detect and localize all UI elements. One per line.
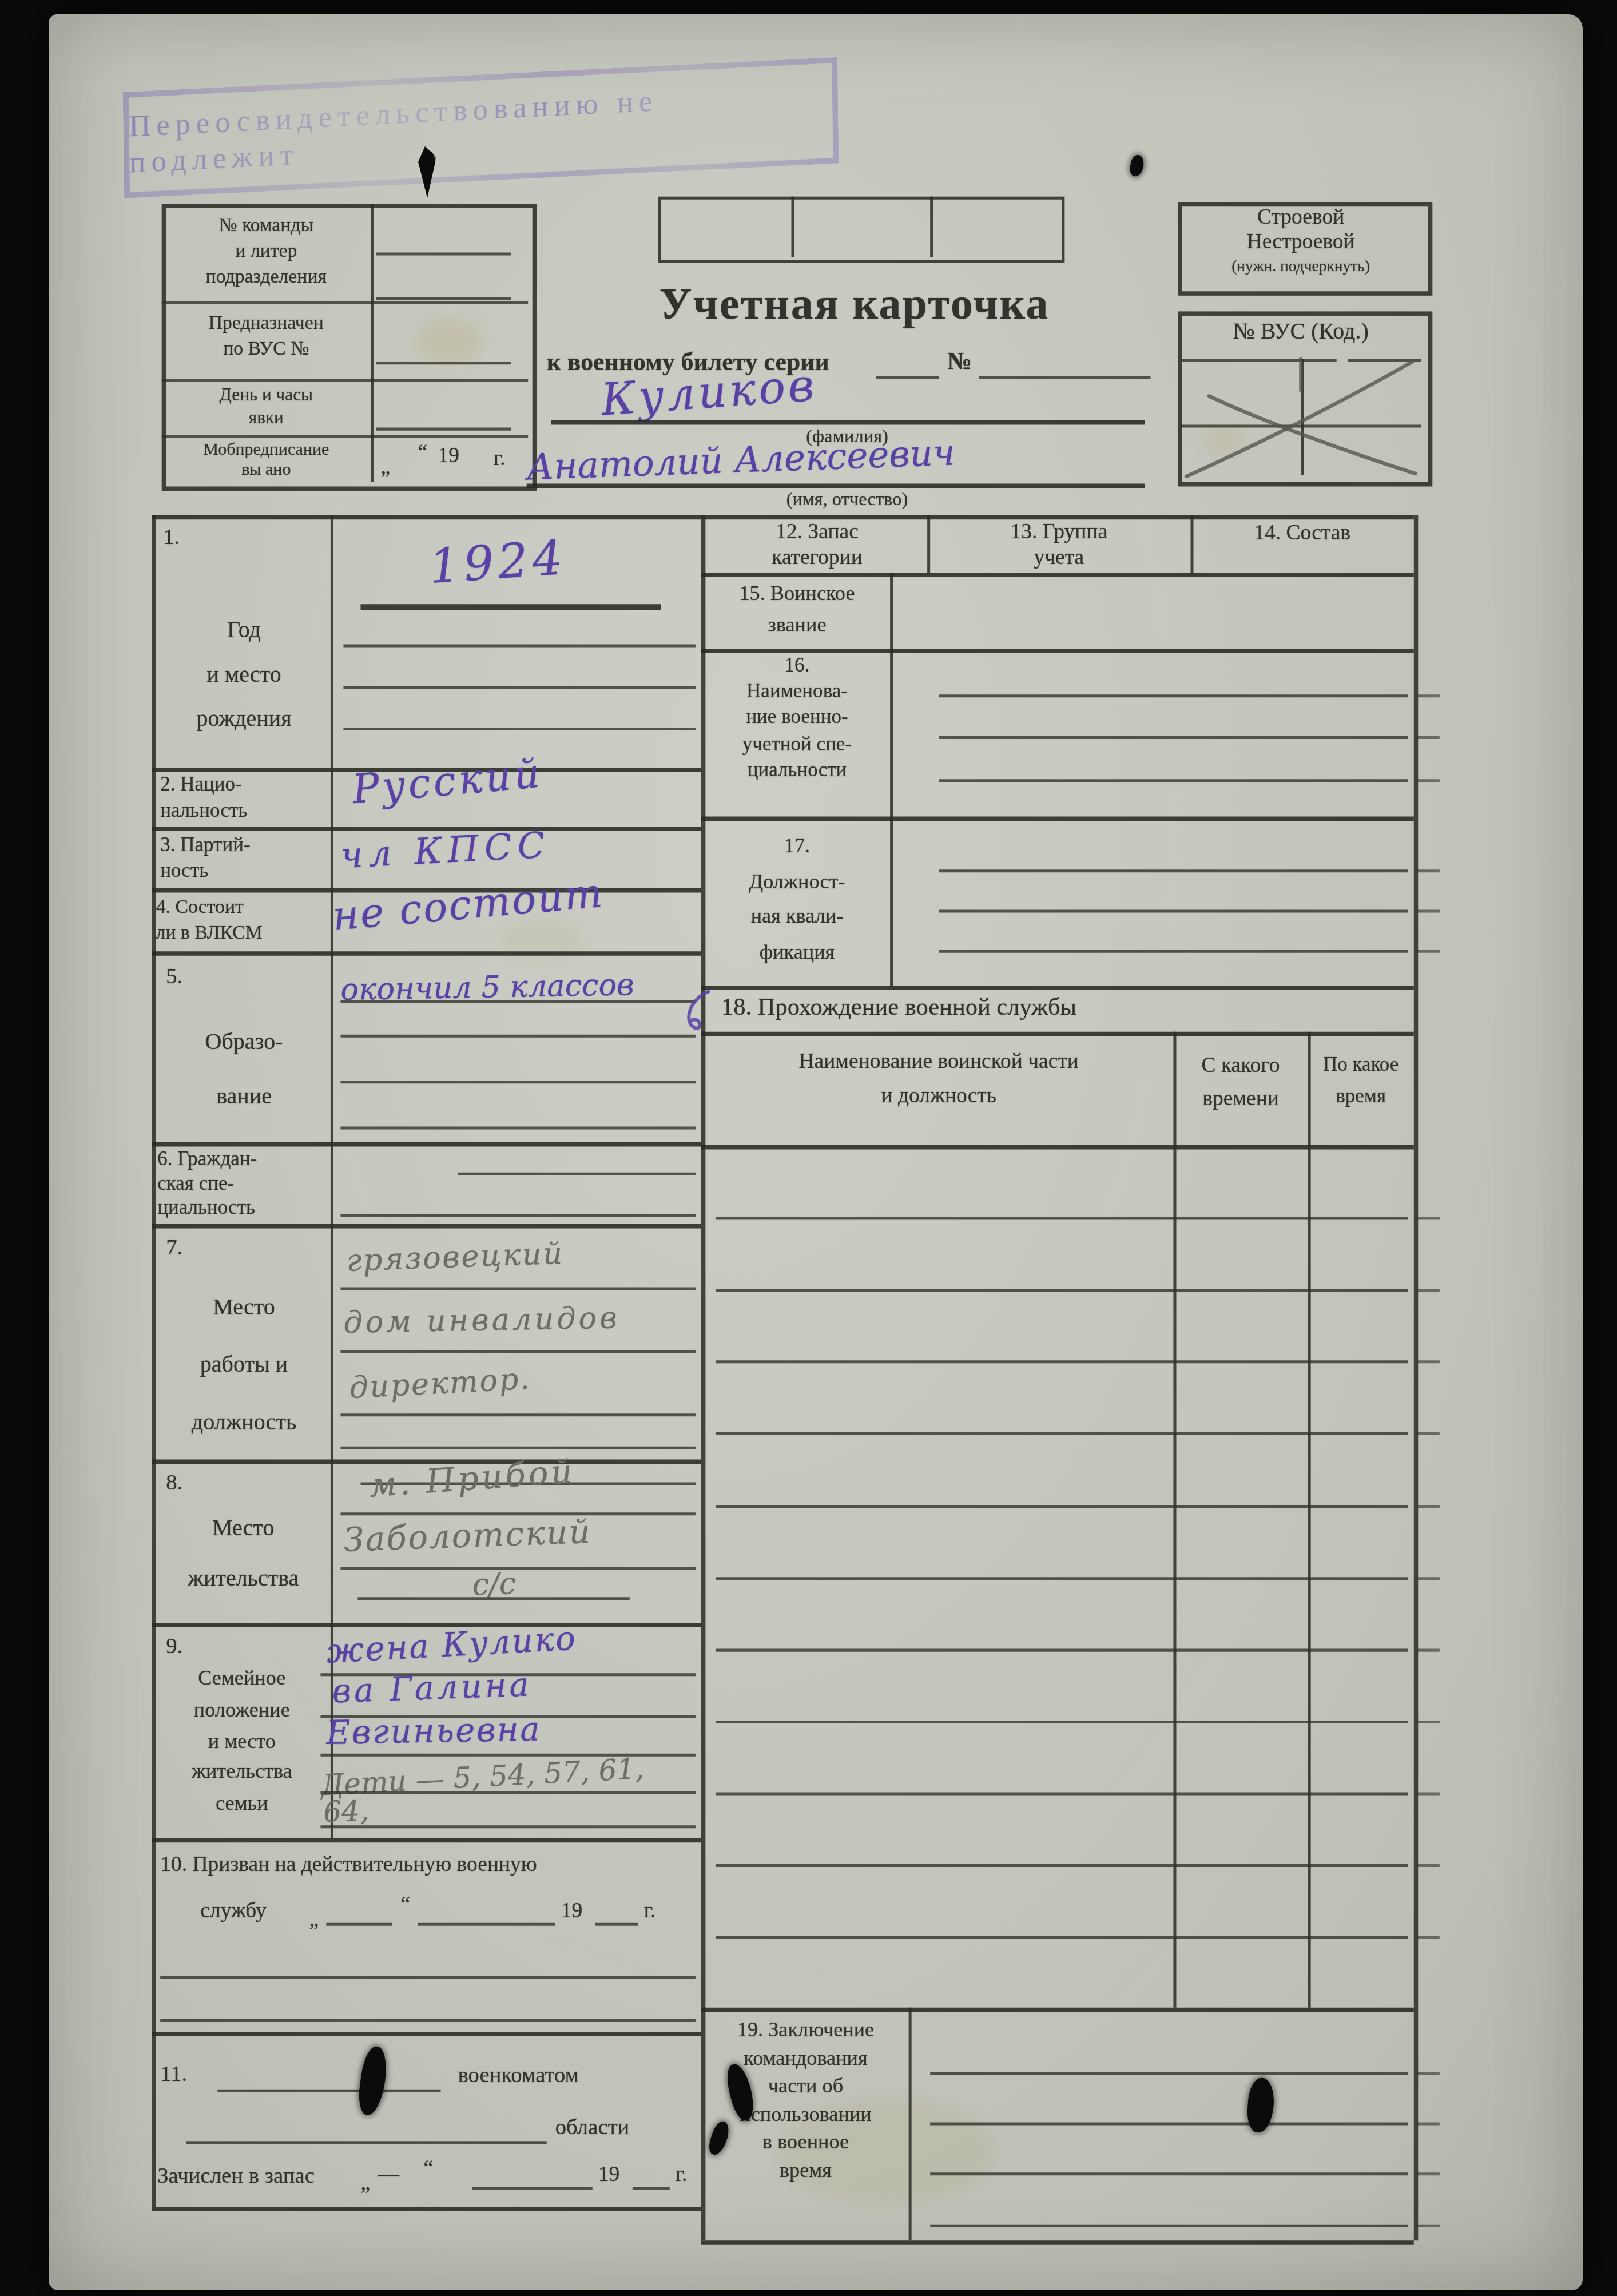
section15-label: 15. Воинское звание [704, 580, 890, 642]
blank-line [633, 2187, 670, 2190]
table-col1-header: Наименование воинской части и должность [710, 1044, 1168, 1113]
row-border [152, 1459, 701, 1464]
blank-line [930, 2072, 1408, 2075]
form-border [152, 2207, 701, 2212]
row-border [152, 1224, 701, 1229]
blank-line [343, 644, 695, 647]
quote-close: “ [401, 1894, 411, 1919]
non-combatant-label: Нестроевой [1181, 231, 1421, 256]
education-handwritten: окончил 5 классов [340, 967, 634, 1007]
table-blank-row-line [716, 1648, 1408, 1651]
voenkomat-label: военкоматом [458, 2064, 579, 2090]
blank-line [217, 2090, 440, 2092]
blank-line [930, 2225, 1408, 2227]
blank-line [160, 1976, 696, 1979]
vus-code-label: № ВУС (Код.) [1178, 320, 1424, 345]
top-cells-strip [658, 197, 1065, 263]
section9-label: Семейное положение и место жительства се… [160, 1665, 323, 1821]
year-19: 19 [438, 445, 460, 470]
name-caption: (имя, отчество) [704, 488, 990, 511]
row-border [152, 1142, 701, 1147]
mob-order-label: Мобпредписание вы ано [163, 439, 369, 480]
section5-number: 5. [166, 964, 182, 990]
blank-line [418, 1923, 555, 1926]
section10-word: службу [200, 1900, 267, 1925]
table-blank-row-line [716, 1289, 1408, 1292]
report-time-label: День и часы явки [169, 384, 363, 429]
section13-label: 13. Группа учета [927, 519, 1190, 572]
row-border [701, 1032, 1414, 1036]
edge-tick [1417, 2072, 1440, 2075]
table-column-divider [1308, 1032, 1311, 2008]
quote-close: “ [418, 442, 428, 467]
mobilization-box-divider [371, 204, 374, 482]
row-border [152, 1623, 701, 1627]
blank-line [186, 2141, 546, 2144]
blank-line [376, 253, 511, 256]
section6-label: 6. Граждан- ская спе- циальность [157, 1148, 332, 1222]
edge-tick [1417, 910, 1440, 913]
table-blank-row-line [716, 1504, 1408, 1507]
blank-line [340, 1081, 695, 1083]
section16-label: 16. Наименова- ние военно- учетной спе- … [704, 654, 890, 785]
edge-tick [1417, 1576, 1440, 1579]
blank-line [979, 376, 1150, 379]
series-number-sign: № [947, 347, 972, 376]
edge-tick [1417, 2172, 1440, 2175]
row-border [701, 817, 1414, 821]
section4-label: 4. Состоит ли в ВЛКСМ [156, 894, 333, 944]
revision-stamp-text: Переосвидетельствованию не подлежит [129, 74, 833, 181]
workplace-line2-handwritten: дом инвалидов [343, 1301, 620, 1340]
blank-line [472, 2187, 593, 2190]
blank-line [930, 2123, 1408, 2126]
blank-line [360, 604, 661, 610]
edge-tick [1417, 950, 1440, 953]
row-border [701, 649, 1414, 653]
card-title: Учетная карточка [547, 279, 1162, 330]
mobilization-box-line [162, 435, 528, 438]
row-border [701, 986, 1414, 991]
ink-flourish [681, 987, 713, 1036]
edge-tick [1417, 869, 1440, 872]
blank-line [343, 686, 695, 689]
section8-label: Место жительства [163, 1504, 323, 1605]
blank-line [939, 869, 1408, 872]
blank-line [458, 1173, 696, 1175]
edge-tick [1417, 1289, 1440, 1292]
edge-tick [1417, 694, 1440, 697]
blank-line [939, 694, 1408, 697]
edge-tick [1417, 1864, 1440, 1867]
year-19: 19 [561, 1900, 583, 1925]
children-line2-handwritten: 64, [323, 1793, 370, 1829]
blank-line [326, 1923, 392, 1926]
edge-tick [1417, 1361, 1440, 1364]
row-border [701, 2008, 1414, 2012]
section5-label: Образо- вание [169, 1016, 319, 1126]
edge-tick [1417, 2225, 1440, 2227]
underline-note: (нужн. подчеркнуть) [1178, 259, 1424, 276]
edge-tick [1417, 1648, 1440, 1651]
form-border [1414, 515, 1419, 2241]
edge-tick [1417, 1433, 1440, 1436]
section14-label: 14. Состав [1190, 522, 1413, 547]
table-blank-row-line [716, 1361, 1408, 1364]
section1-number: 1. [163, 525, 180, 551]
table-col2-header: С какого времени [1176, 1050, 1305, 1115]
team-number-label: № команды и литер подразделения [169, 212, 363, 289]
mobilization-box-line [162, 301, 528, 304]
blank-line [340, 1214, 695, 1217]
section11-number: 11. [160, 2062, 187, 2088]
year-19: 19 [598, 2164, 620, 2188]
blank-line [340, 1447, 695, 1449]
blank-line [376, 297, 511, 300]
section12-label: 12. Запас категории [707, 519, 927, 572]
section2-label: 2. Нацио- нальность [160, 773, 332, 824]
year-g: г. [494, 448, 506, 472]
blank-line [930, 2172, 1408, 2175]
blank-line [340, 1126, 695, 1129]
dash: — [378, 2164, 399, 2188]
blank-line [357, 1597, 629, 1600]
section7-number: 7. [166, 1236, 182, 1261]
top-cells-divider [791, 197, 794, 257]
blank-line [340, 1512, 695, 1515]
family-line3-handwritten: Евгиньевна [326, 1711, 542, 1753]
surname-line [551, 420, 1145, 425]
blank-line [343, 728, 695, 730]
edge-tick [1417, 736, 1440, 739]
table-blank-row-line [716, 1792, 1408, 1795]
quote-close: “ [424, 2158, 434, 2183]
label-column-divider [909, 2008, 912, 2240]
edge-tick [1417, 1792, 1440, 1795]
table-blank-row-line [716, 1576, 1408, 1579]
mobilization-box-line [162, 379, 528, 382]
row-border [701, 1145, 1414, 1150]
blank-line [340, 1413, 695, 1416]
form-border [152, 515, 1414, 520]
row-border [152, 951, 701, 956]
table-blank-row-line [716, 1864, 1408, 1867]
year-g: г. [676, 2164, 688, 2188]
blank-line [160, 2019, 696, 2022]
scan-stage: Переосвидетельствованию не подлежит № ко… [0, 0, 1617, 2296]
top-cells-divider [930, 197, 933, 257]
table-column-divider [1173, 1032, 1176, 2008]
section9-number: 9. [166, 1635, 182, 1661]
section8-number: 8. [166, 1471, 182, 1497]
blank-line [340, 1350, 695, 1353]
blank-line [340, 1567, 695, 1570]
blank-line [939, 736, 1408, 739]
blank-line [939, 779, 1408, 782]
blank-line [376, 362, 511, 364]
table-blank-row-line [716, 1217, 1408, 1220]
edge-tick [1417, 1504, 1440, 1507]
combatant-label: Строевой [1181, 206, 1421, 231]
edge-tick [1417, 1217, 1440, 1220]
blank-line [376, 428, 511, 431]
edge-tick [1417, 1936, 1440, 1939]
section7-label: Место работы и должность [169, 1280, 319, 1452]
table-blank-row-line [716, 1433, 1408, 1436]
oblast-label: области [555, 2115, 630, 2141]
blank-line [876, 376, 939, 379]
row-border [152, 2032, 701, 2036]
pencil-cross-mark [1178, 356, 1424, 478]
quote-open: „ [309, 1909, 319, 1933]
edge-tick [1417, 1721, 1440, 1723]
label-column-divider [890, 573, 893, 986]
birth-year-handwritten: 1924 [427, 529, 568, 594]
quote-open: „ [360, 2172, 370, 2197]
quote-open: „ [380, 456, 390, 481]
section18-title: 18. Прохождение военной службы [721, 993, 1076, 1022]
table-blank-row-line [716, 1721, 1408, 1723]
section1-label: Год и место рождения [169, 609, 319, 743]
blank-line [939, 910, 1408, 913]
edge-tick [1417, 779, 1440, 782]
vus-destination-label: Предназначен по ВУС № [169, 310, 363, 362]
blank-line [320, 1825, 695, 1828]
name-line [527, 483, 1145, 488]
table-blank-row-line [716, 1936, 1408, 1939]
blank-line [340, 1035, 695, 1038]
form-border [701, 2240, 1414, 2245]
section3-label: 3. Партий- ность [160, 834, 332, 884]
blank-line [340, 1287, 695, 1290]
year-g: г. [644, 1900, 656, 1925]
table-col3-header: По какое время [1309, 1050, 1412, 1113]
row-border [152, 1838, 701, 1843]
blank-line [939, 950, 1408, 953]
row-border [701, 573, 1414, 577]
blank-line [595, 1923, 638, 1926]
reserve-label: Зачислен в запас [157, 2164, 315, 2190]
section17-label: 17. Должност- ная квали- фикация [704, 829, 890, 971]
family-line2-handwritten: ва Галина [331, 1667, 532, 1711]
section10-line1: 10. Призван на действительную военную [160, 1854, 537, 1878]
blank-line [320, 1791, 695, 1794]
edge-tick [1417, 2123, 1440, 2126]
